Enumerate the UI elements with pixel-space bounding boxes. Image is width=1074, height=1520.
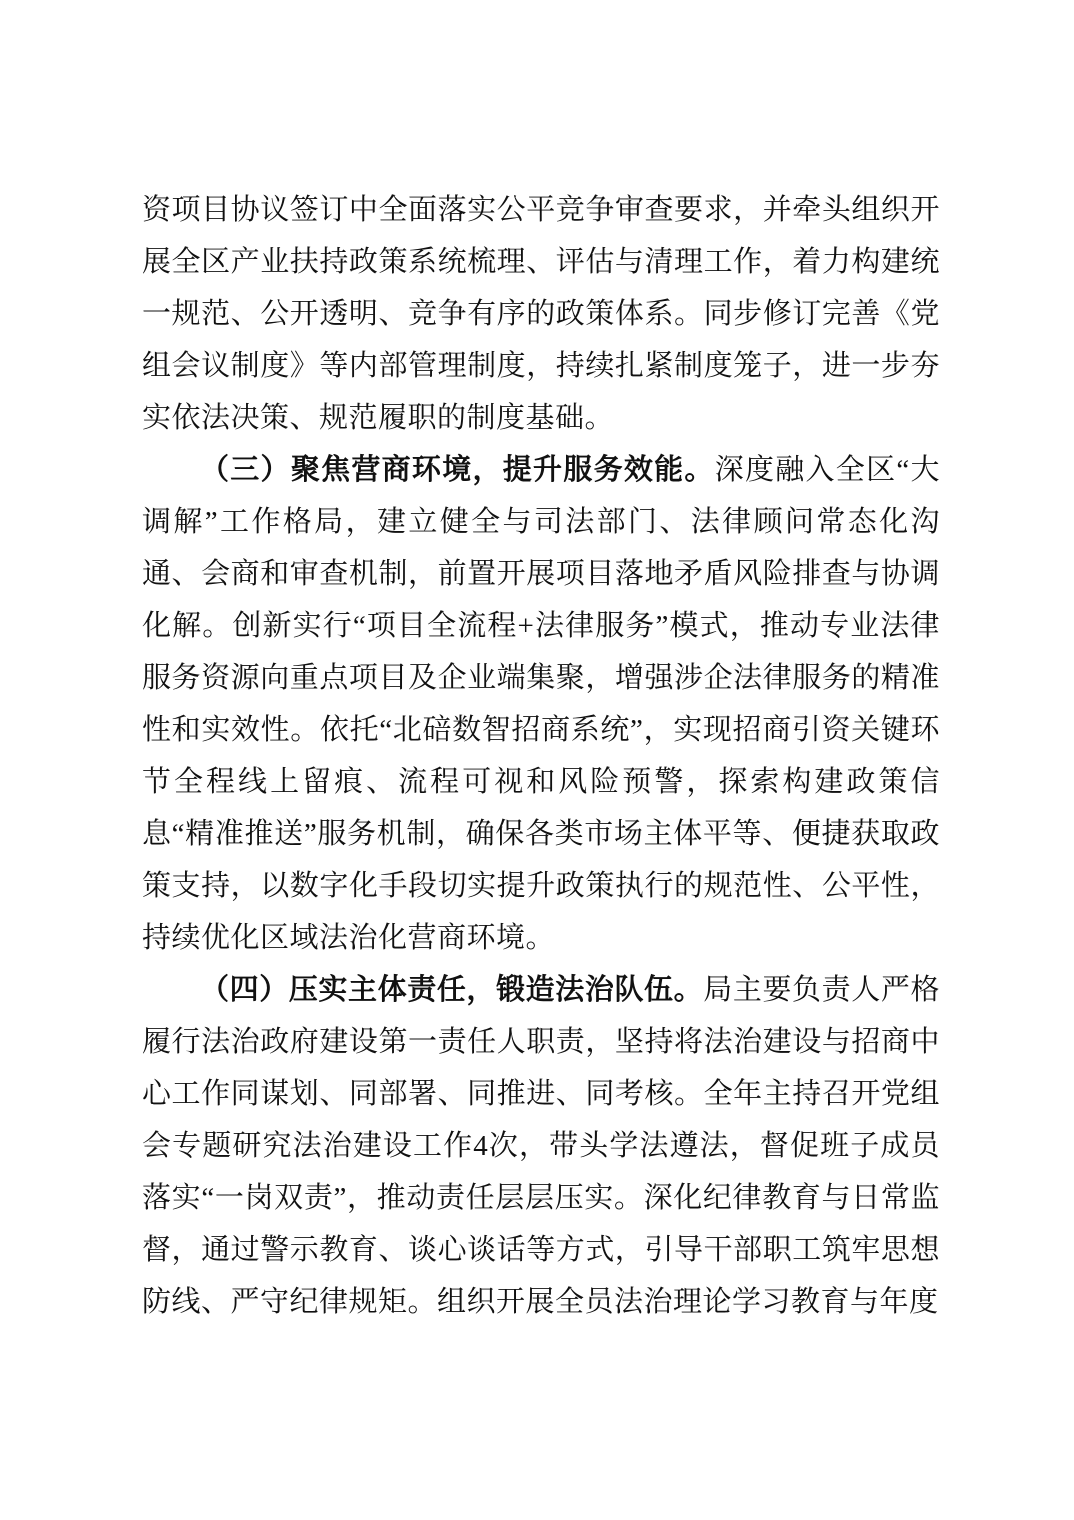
paragraph-text: 深度融入全区“大调解”工作格局，建立健全与司法部门、法律顾问常态化沟通、会商和审… [142, 454, 940, 954]
section-three-heading: （三）聚焦营商环境，提升服务效能。 [200, 454, 715, 486]
document-page: 资项目协议签订中全面落实公平竞争审查要求，并牵头组织开展全区产业扶持政策系统梳理… [0, 0, 1074, 1520]
paragraph-section-four: （四）压实主体责任，锻造法治队伍。局主要负责人严格履行法治政府建设第一责任人职责… [142, 964, 940, 1328]
document-body: 资项目协议签订中全面落实公平竞争审查要求，并牵头组织开展全区产业扶持政策系统梳理… [142, 184, 940, 1328]
paragraph-text: 局主要负责人严格履行法治政府建设第一责任人职责，坚持将法治建设与招商中心工作同谋… [142, 974, 940, 1318]
paragraph-text: 资项目协议签订中全面落实公平竞争审查要求，并牵头组织开展全区产业扶持政策系统梳理… [142, 194, 940, 434]
section-four-heading: （四）压实主体责任，锻造法治队伍。 [200, 974, 703, 1006]
paragraph-section-three: （三）聚焦营商环境，提升服务效能。深度融入全区“大调解”工作格局，建立健全与司法… [142, 444, 940, 964]
paragraph-continuation: 资项目协议签订中全面落实公平竞争审查要求，并牵头组织开展全区产业扶持政策系统梳理… [142, 184, 940, 444]
